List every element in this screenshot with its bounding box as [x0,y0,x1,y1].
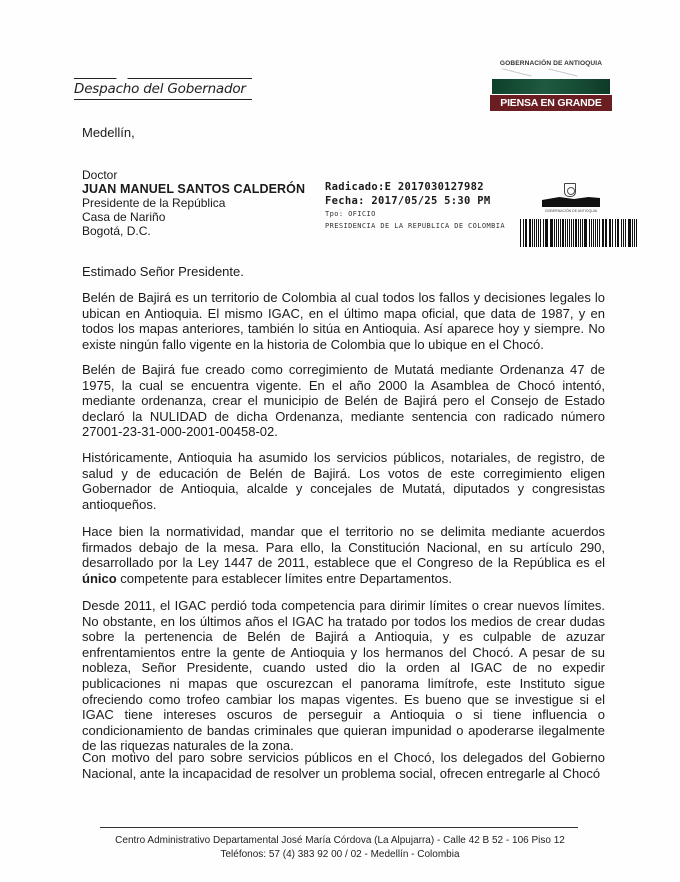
paragraph-text: Belén de Bajirá es un territorio de Colo… [82,290,605,352]
stamp-radicado: Radicado:E 2017030127982 [325,180,505,194]
heading-rule-top [74,78,252,79]
letterhead-footer: Centro Administrativo Departamental José… [90,834,590,862]
letter-city: Medellín, [82,125,135,141]
stamp-type: Tpo: OFICIO [325,208,505,220]
paragraph-text-end: competente para establecer límites entre… [117,571,452,586]
barcode-icon [520,219,638,247]
paragraph-text: Desde 2011, el IGAC perdió toda competen… [82,598,605,754]
logo-streaks [488,67,614,79]
emblem-label: GOBERNACIÓN DE ANTIOQUIA [544,209,598,213]
salutation: Estimado Señor Presidente. [82,264,244,279]
shield-icon [564,183,576,197]
coat-of-arms-icon: GOBERNACIÓN DE ANTIOQUIA [542,183,600,217]
filing-stamp: Radicado:E 2017030127982 Fecha: 2017/05/… [325,180,505,232]
addressee-title: Doctor [82,168,332,182]
footer-address: Centro Administrativo Departamental José… [90,834,590,848]
paragraph-text-start: Hace bien la normatividad, mandar que el… [82,524,605,570]
paragraph-2: Belén de Bajirá fue creado como corregim… [82,362,605,440]
emphasis-unico: único [82,571,117,586]
footer-divider [100,827,578,828]
paragraph-5: Desde 2011, el IGAC perdió toda competen… [82,598,605,754]
paragraph-1: Belén de Bajirá es un territorio de Colo… [82,290,605,352]
addressee-name: JUAN MANUEL SANTOS CALDERÓN [82,182,332,196]
logo-slogan: PIENSA EN GRANDE [490,95,612,111]
paragraph-4: Hace bien la normatividad, mandar que el… [82,524,605,586]
paragraph-text: Hace bien la normatividad, mandar que el… [82,524,605,586]
addressee-position: Presidente de la República [82,196,332,210]
emblem-wave [542,197,600,207]
logo-organization: GOBERNACIÓN DE ANTIOQUIA [488,60,614,67]
paragraph-6: Con motivo del paro sobre servicios públ… [82,750,605,781]
stamp-date: Fecha: 2017/05/25 5:30 PM [325,194,505,208]
office-heading: Despacho del Gobernador [74,78,252,100]
paragraph-text: Belén de Bajirá fue creado como corregim… [82,362,605,440]
footer-contact: Teléfonos: 57 (4) 383 92 00 / 02 - Medel… [90,848,590,862]
office-title: Despacho del Gobernador [74,81,252,97]
heading-rule-bottom [74,99,252,100]
stamp-destination: PRESIDENCIA DE LA REPUBLICA DE COLOMBIA [325,220,505,232]
letter-page: Despacho del Gobernador GOBERNACIÓN DE A… [0,0,680,882]
addressee-office: Casa de Nariño [82,210,332,224]
paragraph-text: Históricamente, Antioquia ha asumido los… [82,450,605,512]
addressee-location: Bogotá, D.C. [82,224,332,238]
paragraph-text: Con motivo del paro sobre servicios públ… [82,750,605,781]
logo-green-band [492,79,610,94]
gobernacion-logo: GOBERNACIÓN DE ANTIOQUIA PIENSA EN GRAND… [488,60,614,111]
addressee-block: Doctor JUAN MANUEL SANTOS CALDERÓN Presi… [82,168,332,238]
paragraph-3: Históricamente, Antioquia ha asumido los… [82,450,605,512]
